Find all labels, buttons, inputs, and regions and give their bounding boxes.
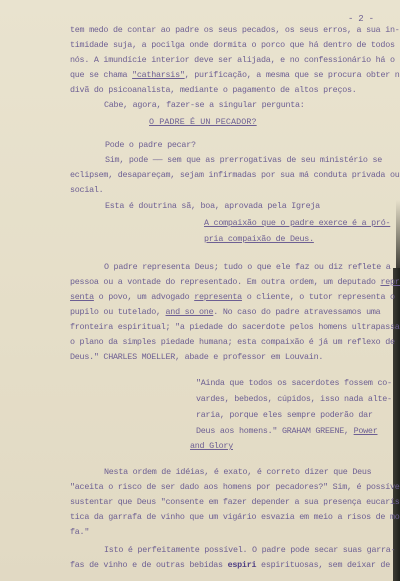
text-line: tica da garrafa de vinho que um vigário … (70, 512, 400, 522)
book-title: Power (354, 426, 378, 436)
text-line: senta o povo, um advogado representa o c… (70, 292, 395, 302)
quote-line: Deus aos homens." GRAHAM GREENE, Power (196, 426, 378, 436)
text-span: fas de vinho e de outras bebidas (70, 560, 228, 570)
text-line: Cabe, agora, fazer-se a singular pergunt… (104, 100, 305, 110)
text-line: Pode o padre pecar? (105, 140, 196, 150)
underlined-term: representa (194, 292, 242, 302)
text-line: Sim, pode —— sem que as prerrogativas de… (105, 155, 382, 165)
text-span: que se chama (70, 70, 132, 80)
page-number: - 2 - (348, 14, 374, 24)
text-line: sustentar que Deus "consente em fazer de… (70, 497, 400, 507)
underlined-term: repre- (380, 277, 400, 287)
underlined-term: senta (70, 292, 94, 302)
text-line: "aceita o risco de ser dado aos homens p… (70, 482, 400, 492)
text-line: Nesta ordem de idéias, é exato, é corret… (104, 467, 371, 477)
text-span: o povo, um advogado (94, 292, 194, 302)
text-line: divã do psicoanalista, mediante o pagame… (70, 85, 357, 95)
underlined-term: "catharsis" (132, 70, 185, 80)
quote-line: vardes, bebedos, cúpidos, isso nada alte… (196, 394, 392, 404)
typewritten-page: - 2 - tem medo de contar ao padre os seu… (0, 0, 400, 581)
page-edge-shadow (396, 200, 400, 270)
text-span: pessoa ou a vontade do representado. Em … (70, 277, 380, 287)
text-line: fas de vinho e de outras bebidas espiri … (70, 560, 390, 570)
text-span: o cliente, o tutor representa o (242, 292, 395, 302)
quote-line: and Glory (190, 441, 233, 451)
quote-line: pria compaixão de Deus. (204, 234, 314, 244)
struck-out-text: espiri (228, 560, 257, 570)
quote-line: raria, porque eles sempre poderão dar (196, 410, 373, 420)
text-line: nós. A imundície interior deve ser alija… (70, 55, 395, 65)
text-line: que se chama "catharsis", purificação, a… (70, 70, 400, 80)
text-line: tem medo de contar ao padre os seus peca… (70, 25, 400, 35)
text-line: social. (70, 185, 103, 195)
text-line: pupilo ou tutelado, and so one. No caso … (70, 307, 380, 317)
book-title: and Glory (190, 441, 233, 451)
text-span: . No caso do padre atravessamos uma (213, 307, 380, 317)
text-line: fa." (70, 527, 89, 537)
text-line: pessoa ou a vontade do representado. Em … (70, 277, 400, 287)
text-span: , purificação, a mesma que se procura ob… (185, 70, 400, 80)
quote-line: A compaixão que o padre exerce é a pró- (204, 218, 390, 228)
text-line: fronteira espiritual; "a piedade do sace… (70, 322, 400, 332)
text-span: pupilo ou tutelado, (70, 307, 166, 317)
text-line: timidade suja, a pocilga onde dormita o … (70, 40, 395, 50)
text-line: O padre representa Deus; tudo o que ele … (104, 262, 391, 272)
text-span: Deus aos homens." GRAHAM GREENE, (196, 426, 354, 436)
text-span: espirituosas, sem deixar de (256, 560, 390, 570)
text-line: eclipsem, desapareçam, sejam infirmadas … (70, 170, 400, 180)
text-line: Esta é doutrina sã, boa, aprovada pela I… (105, 201, 320, 211)
text-line: o plano da simples piedade humana; esta … (70, 337, 395, 347)
quote-line: "Ainda que todos os sacerdotes fossem co… (196, 378, 392, 388)
page-edge-shadow (393, 268, 400, 581)
underlined-term: and so one (166, 307, 214, 317)
text-line: Deus." CHARLES MOELLER, abade e professo… (70, 352, 323, 362)
text-line: Isto é perfeitamente possível. O padre p… (104, 545, 395, 555)
section-heading: O PADRE É UN PECADOR? (149, 117, 257, 127)
